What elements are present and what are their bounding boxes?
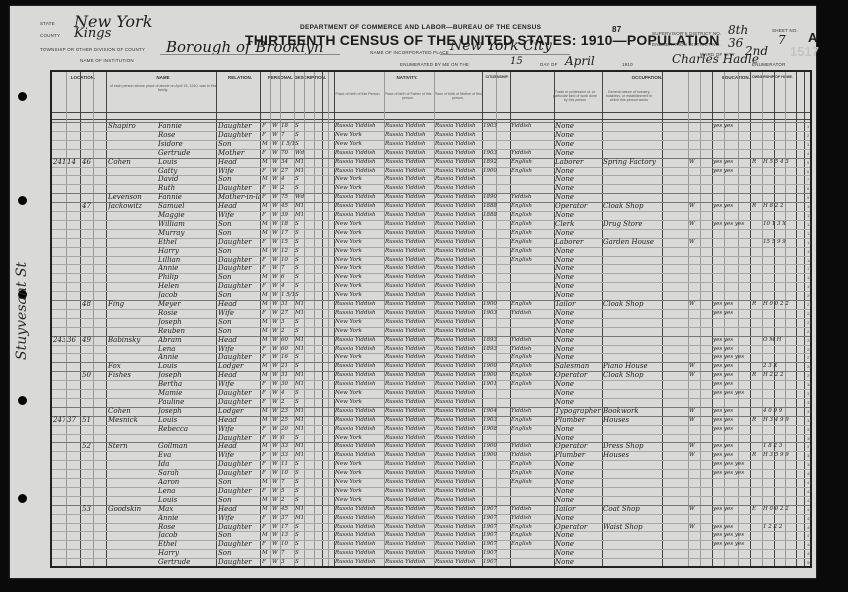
language-cell: English xyxy=(511,478,555,487)
language-cell: Yiddish xyxy=(511,442,555,451)
relation-cell: Son xyxy=(218,291,260,300)
sex-cell: F xyxy=(262,309,270,318)
education-cell: yes yes yes xyxy=(713,389,751,398)
education-cell: yes yes xyxy=(713,416,751,425)
education-cell: yes yes xyxy=(713,371,751,380)
language-cell: English xyxy=(511,531,555,540)
father-birthplace-cell: Russia Yiddish xyxy=(385,282,435,291)
relation-cell: Wife xyxy=(218,451,260,460)
immigration-year-cell: 1888 xyxy=(483,211,497,220)
relation-cell: Daughter xyxy=(218,460,260,469)
punch-hole xyxy=(18,92,27,101)
table-row: DavidSonMW4SNew YorkRussia YiddishRussia… xyxy=(52,175,810,184)
birthplace-cell: New York xyxy=(335,247,385,256)
table-row: FoxLouisLodgerMW21SRussia YiddishRussia … xyxy=(52,362,810,371)
table-row: GattyWifeFW27M1Russia YiddishRussia Yidd… xyxy=(52,167,810,176)
race-cell: W xyxy=(272,469,280,478)
father-birthplace-cell: Russia Yiddish xyxy=(385,549,435,558)
occupation-cell: Tailor xyxy=(555,300,603,309)
relation-cell: Head xyxy=(218,300,260,309)
race-cell: W xyxy=(272,505,280,514)
father-birthplace-cell: Russia Yiddish xyxy=(385,487,435,496)
birthplace-cell: Russia Yiddish xyxy=(335,540,385,549)
relation-cell: Daughter xyxy=(218,469,260,478)
marital-status-cell: M1 xyxy=(295,505,305,514)
table-row: RoseDaughterFW7SNew YorkRussia YiddishRu… xyxy=(52,131,810,140)
supervisor-district-label: Supervisor's District No. xyxy=(652,31,721,36)
sex-cell: M xyxy=(262,336,270,345)
given-name-cell: Joseph xyxy=(158,318,214,327)
mother-birthplace-cell: Russia Yiddish xyxy=(435,514,483,523)
birthplace-cell: New York xyxy=(335,398,385,407)
language-cell: English xyxy=(511,353,555,362)
birthplace-cell: Russia Yiddish xyxy=(335,362,385,371)
line-number: 19 xyxy=(807,284,811,289)
age-cell: 17 xyxy=(281,229,295,238)
language-cell: English xyxy=(511,158,555,167)
sex-cell: F xyxy=(262,487,270,496)
home-details-cell: H 2 2 2 xyxy=(763,371,805,380)
relation-cell: Son xyxy=(218,478,260,487)
relation-cell: Head xyxy=(218,416,260,425)
mother-birthplace-cell: Russia Yiddish xyxy=(435,371,483,380)
immigration-year-cell: 1907 xyxy=(483,505,497,514)
line-number: 14 xyxy=(807,240,811,245)
sex-cell: M xyxy=(262,531,270,540)
given-name-cell: Louis xyxy=(158,362,214,371)
race-cell: W xyxy=(272,389,280,398)
marital-status-cell: Wd xyxy=(295,149,305,158)
age-cell: 33 xyxy=(281,442,295,451)
line-number: 42 xyxy=(807,489,811,494)
sex-cell: M xyxy=(262,478,270,487)
table-row: HelenDaughterFW4SNew YorkRussia YiddishR… xyxy=(52,282,810,291)
table-row: LouisSonMW2SNew YorkRussia YiddishRussia… xyxy=(52,496,810,505)
relation-cell: Daughter xyxy=(218,398,260,407)
enumeration-district-label: Enumeration District No. xyxy=(652,42,721,47)
race-cell: W xyxy=(272,442,280,451)
language-cell: English xyxy=(511,238,555,247)
marital-status-cell: M1 xyxy=(295,514,305,523)
education-cell: yes yes xyxy=(713,309,751,318)
occupation-cell: None xyxy=(555,380,603,389)
group-citizenship: CITIZENSHIP. xyxy=(484,75,510,79)
relation-cell: Daughter xyxy=(218,184,260,193)
sex-cell: F xyxy=(262,256,270,265)
given-name-cell: Joseph xyxy=(158,371,214,380)
birthplace-cell: Russia Yiddish xyxy=(335,425,385,434)
education-cell: yes yes xyxy=(713,380,751,389)
table-row: LenaWifeFW60M1Russia YiddishRussia Yiddi… xyxy=(52,345,810,354)
marital-status-cell: S xyxy=(295,264,305,273)
marital-status-cell: S xyxy=(295,496,305,505)
occupation-cell: Plumber xyxy=(555,451,603,460)
sex-cell: F xyxy=(262,460,270,469)
mother-birthplace-cell: Russia Yiddish xyxy=(435,487,483,496)
occupation-cell: None xyxy=(555,514,603,523)
age-cell: 70 xyxy=(281,149,295,158)
given-name-cell: Gatty xyxy=(158,167,214,176)
father-birthplace-cell: Russia Yiddish xyxy=(385,229,435,238)
birthplace-cell: Russia Yiddish xyxy=(335,158,385,167)
industry-cell: Houses xyxy=(603,416,661,425)
sex-cell: F xyxy=(262,167,270,176)
sex-cell: M xyxy=(262,496,270,505)
line-number: 22 xyxy=(807,311,811,316)
line-number: 11 xyxy=(807,213,811,218)
marital-status-cell: M1 xyxy=(295,211,305,220)
visitation-number-cell: 50 xyxy=(82,371,104,380)
mother-birthplace-cell: Russia Yiddish xyxy=(435,318,483,327)
surname-cell: Cohen xyxy=(108,158,158,167)
sex-cell: M xyxy=(262,220,270,229)
home-details-cell: H 0 0 2 2 xyxy=(763,300,805,309)
birthplace-cell: New York xyxy=(335,291,385,300)
industry-cell: Cloak Shop xyxy=(603,300,661,309)
table-row: RosieWifeFW27M1Russia YiddishRussia Yidd… xyxy=(52,309,810,318)
immigration-year-cell: 1907 xyxy=(483,549,497,558)
age-cell: 2 xyxy=(281,398,295,407)
table-row: SarahDaughterFW10SNew YorkRussia Yiddish… xyxy=(52,469,810,478)
surname-cell: Levenson xyxy=(108,193,158,202)
immigration-year-cell: 1903 xyxy=(483,309,497,318)
relation-cell: Daughter xyxy=(218,487,260,496)
occupation-cell: None xyxy=(555,273,603,282)
occupation-cell: Operator xyxy=(555,442,603,451)
father-birthplace-cell: Russia Yiddish xyxy=(385,505,435,514)
township-label: Township or other division of county xyxy=(40,47,145,52)
marital-status-cell: S xyxy=(295,122,305,131)
given-name-cell: Ethel xyxy=(158,238,214,247)
relation-cell: Son xyxy=(218,220,260,229)
industry-cell: Coat Shop xyxy=(603,505,661,514)
table-row: JosephSonMW3SNew YorkRussia YiddishRussi… xyxy=(52,318,810,327)
mother-birthplace-cell: Russia Yiddish xyxy=(435,238,483,247)
father-birthplace-cell: Russia Yiddish xyxy=(385,460,435,469)
language-cell: English xyxy=(511,362,555,371)
race-cell: W xyxy=(272,398,280,407)
father-birthplace-cell: Russia Yiddish xyxy=(385,380,435,389)
marital-status-cell: S xyxy=(295,229,305,238)
race-cell: W xyxy=(272,407,280,416)
immigration-year-cell: 1890 xyxy=(483,193,497,202)
mother-birthplace-cell: Russia Yiddish xyxy=(435,398,483,407)
birthplace-cell: Russia Yiddish xyxy=(335,514,385,523)
sex-cell: F xyxy=(262,540,270,549)
surname-cell: Jackowitz xyxy=(108,202,158,211)
line-number: 8 xyxy=(807,186,809,191)
immigration-year-cell: 1907 xyxy=(483,514,497,523)
age-cell: 18 xyxy=(281,220,295,229)
relation-cell: Son xyxy=(218,327,260,336)
language-cell: English xyxy=(511,211,555,220)
marital-status-cell: M1 xyxy=(295,416,305,425)
language-cell: English xyxy=(511,540,555,549)
given-name-cell: Louis xyxy=(158,496,214,505)
occupation-cell: None xyxy=(555,149,603,158)
group-relation: RELATION. xyxy=(218,75,262,80)
race-cell: W xyxy=(272,273,280,282)
county-value: Kings xyxy=(74,26,111,41)
line-number: 9 xyxy=(807,195,809,200)
mother-birthplace-cell: Russia Yiddish xyxy=(435,523,483,532)
occupation-cell: None xyxy=(555,345,603,354)
education-cell: yes yes xyxy=(713,336,751,345)
birthplace-cell: New York xyxy=(335,318,385,327)
mother-birthplace-cell: Russia Yiddish xyxy=(435,460,483,469)
relation-cell: Wife xyxy=(218,380,260,389)
language-cell: English xyxy=(511,469,555,478)
relation-cell: Wife xyxy=(218,425,260,434)
education-cell: yes yes xyxy=(713,122,751,131)
employment-class-cell: W xyxy=(689,371,699,380)
language-cell: Yiddish xyxy=(511,451,555,460)
occupation-cell: Laborer xyxy=(555,238,603,247)
surname-cell: Fing xyxy=(108,300,158,309)
occupation-cell: None xyxy=(555,327,603,336)
sex-cell: F xyxy=(262,434,270,443)
father-birthplace-cell: Russia Yiddish xyxy=(385,353,435,362)
sex-cell: M xyxy=(262,318,270,327)
line-number: 16 xyxy=(807,258,811,263)
occupation-cell: None xyxy=(555,558,603,567)
father-birthplace-cell: Russia Yiddish xyxy=(385,158,435,167)
given-name-cell: Samuel xyxy=(158,202,214,211)
employment-class-cell: W xyxy=(689,407,699,416)
given-name-cell: Reuben xyxy=(158,327,214,336)
language-cell: Yiddish xyxy=(511,336,555,345)
sex-cell: F xyxy=(262,398,270,407)
occupation-cell: Clerk xyxy=(555,220,603,229)
birthplace-cell: Russia Yiddish xyxy=(335,549,385,558)
relation-cell: Mother-in-law xyxy=(218,193,260,202)
mother-birthplace-cell: Russia Yiddish xyxy=(435,434,483,443)
family-number-cell: 37 xyxy=(67,416,79,425)
line-number: 6 xyxy=(807,169,809,174)
mother-birthplace-cell: Russia Yiddish xyxy=(435,229,483,238)
birthplace-cell: Russia Yiddish xyxy=(335,300,385,309)
marital-status-cell: M1 xyxy=(295,300,305,309)
enumerated-month: April xyxy=(565,54,595,68)
line-number: 40 xyxy=(807,471,811,476)
birthplace-cell: Russia Yiddish xyxy=(335,167,385,176)
sex-cell: F xyxy=(262,353,270,362)
age-cell: 34 xyxy=(281,158,295,167)
table-row: BerthaWifeFW30M1Russia YiddishRussia Yid… xyxy=(52,380,810,389)
line-number: 28 xyxy=(807,364,811,369)
mother-birthplace-cell: Russia Yiddish xyxy=(435,345,483,354)
age-cell: 37 xyxy=(281,514,295,523)
given-name-cell: Ruth xyxy=(158,184,214,193)
relation-cell: Son xyxy=(218,273,260,282)
line-number: 49 xyxy=(807,551,811,556)
immigration-year-cell: 1904 xyxy=(483,407,497,416)
industry-cell: Drug Store xyxy=(603,220,661,229)
given-name-cell: Jacob xyxy=(158,291,214,300)
nativity-mother: Place of birth of Mother of this person. xyxy=(434,92,482,100)
age-cell: 20 xyxy=(281,425,295,434)
given-name-cell: Isidore xyxy=(158,140,214,149)
occupation-cell: Tailor xyxy=(555,505,603,514)
language-cell: English xyxy=(511,256,555,265)
sheet-no-value: 7 xyxy=(778,33,786,47)
line-number: 23 xyxy=(807,320,811,325)
table-row: 2473751MesnickLouisHeadMW25M1Russia Yidd… xyxy=(52,416,810,425)
line-number: 1 xyxy=(807,124,809,129)
line-number: 7 xyxy=(807,177,809,182)
birthplace-cell: New York xyxy=(335,140,385,149)
sex-cell: M xyxy=(262,371,270,380)
surname-cell: Babinsky xyxy=(108,336,158,345)
employment-class-cell: W xyxy=(689,300,699,309)
occupation-cell: None xyxy=(555,540,603,549)
immigration-year-cell: 1893 xyxy=(483,336,497,345)
employment-class-cell: W xyxy=(689,220,699,229)
immigration-year-cell: 1900 xyxy=(483,300,497,309)
table-row: 50FishesJosephHeadMW31M1Russia YiddishRu… xyxy=(52,371,810,380)
relation-cell: Son xyxy=(218,247,260,256)
given-name-cell: Murray xyxy=(158,229,214,238)
name-description: of each person whose place of abode on A… xyxy=(108,84,218,92)
mother-birthplace-cell: Russia Yiddish xyxy=(435,469,483,478)
occupation-cell: None xyxy=(555,469,603,478)
given-name-cell: Annie xyxy=(158,353,214,362)
father-birthplace-cell: Russia Yiddish xyxy=(385,345,435,354)
age-cell: 31 xyxy=(281,371,295,380)
race-cell: W xyxy=(272,327,280,336)
table-row: PaulineDaughterFW2SNew YorkRussia Yiddis… xyxy=(52,398,810,407)
sex-cell: M xyxy=(262,273,270,282)
race-cell: W xyxy=(272,318,280,327)
birthplace-cell: New York xyxy=(335,256,385,265)
language-cell: English xyxy=(511,229,555,238)
relation-cell: Son xyxy=(218,531,260,540)
birthplace-cell: New York xyxy=(335,353,385,362)
age-cell: 11 xyxy=(281,460,295,469)
birthplace-cell: Russia Yiddish xyxy=(335,193,385,202)
line-number: 39 xyxy=(807,462,811,467)
age-cell: 13 xyxy=(281,531,295,540)
occupation-cell: None xyxy=(555,487,603,496)
mother-birthplace-cell: Russia Yiddish xyxy=(435,175,483,184)
home-details-cell: O M H xyxy=(763,336,805,345)
birthplace-cell: Russia Yiddish xyxy=(335,371,385,380)
industry-cell: Cloak Shop xyxy=(603,371,661,380)
marital-status-cell: S xyxy=(295,220,305,229)
sex-cell: F xyxy=(262,184,270,193)
race-cell: W xyxy=(272,460,280,469)
institution-label: Name of institution xyxy=(80,58,134,63)
marital-status-cell: S xyxy=(295,460,305,469)
surname-cell: Cohen xyxy=(108,407,158,416)
father-birthplace-cell: Russia Yiddish xyxy=(385,264,435,273)
mother-birthplace-cell: Russia Yiddish xyxy=(435,122,483,131)
race-cell: W xyxy=(272,380,280,389)
given-name-cell: Louis xyxy=(158,416,214,425)
home-owned-cell: R xyxy=(752,371,762,380)
sex-cell: F xyxy=(262,131,270,140)
relation-cell: Daughter xyxy=(218,434,260,443)
page-number: 87 xyxy=(612,25,622,34)
marital-status-cell: M1 xyxy=(295,380,305,389)
age-cell: 45 xyxy=(281,505,295,514)
occupation-cell: None xyxy=(555,398,603,407)
immigration-year-cell: 1908 xyxy=(483,425,497,434)
marital-status-cell: S xyxy=(295,238,305,247)
education-cell: yes yes xyxy=(713,362,751,371)
dwelling-number-cell: 243 xyxy=(53,336,65,345)
relation-cell: Daughter xyxy=(218,264,260,273)
language-cell: Yiddish xyxy=(511,345,555,354)
line-number: 29 xyxy=(807,373,811,378)
line-number: 13 xyxy=(807,231,811,236)
occupation-cell: None xyxy=(555,318,603,327)
mother-birthplace-cell: Russia Yiddish xyxy=(435,211,483,220)
age-cell: 7 xyxy=(281,131,295,140)
age-cell: 45 xyxy=(281,202,295,211)
relation-cell: Head xyxy=(218,158,260,167)
race-cell: W xyxy=(272,514,280,523)
mother-birthplace-cell: Russia Yiddish xyxy=(435,193,483,202)
marital-status-cell: S xyxy=(295,256,305,265)
marital-status-cell: S xyxy=(295,558,305,567)
language-cell: English xyxy=(511,220,555,229)
sex-cell: M xyxy=(262,300,270,309)
race-cell: W xyxy=(272,291,280,300)
mother-birthplace-cell: Russia Yiddish xyxy=(435,140,483,149)
race-cell: W xyxy=(272,211,280,220)
enumerated-label: Enumerated by me on the xyxy=(400,62,469,67)
visitation-number-cell: 53 xyxy=(82,505,104,514)
father-birthplace-cell: Russia Yiddish xyxy=(385,478,435,487)
occupation-cell: None xyxy=(555,184,603,193)
given-name-cell: Lillian xyxy=(158,256,214,265)
father-birthplace-cell: Russia Yiddish xyxy=(385,442,435,451)
language-cell: English xyxy=(511,460,555,469)
education-cell: yes yes yes xyxy=(713,460,751,469)
age-cell: 4 xyxy=(281,389,295,398)
sex-cell: F xyxy=(262,523,270,532)
industry-cell: Bookwork xyxy=(603,407,661,416)
marital-status-cell: S xyxy=(295,398,305,407)
census-table: LOCATION. NAME of each person whose plac… xyxy=(50,70,812,568)
marital-status-cell: M1 xyxy=(295,442,305,451)
race-cell: W xyxy=(272,238,280,247)
home-details-cell: H 8 2 2 xyxy=(763,202,805,211)
father-birthplace-cell: Russia Yiddish xyxy=(385,407,435,416)
age-cell: 27 xyxy=(281,167,295,176)
line-number: 18 xyxy=(807,275,811,280)
father-birthplace-cell: Russia Yiddish xyxy=(385,211,435,220)
immigration-year-cell: 1903 xyxy=(483,149,497,158)
given-name-cell: Meyer xyxy=(158,300,214,309)
sex-cell: F xyxy=(262,238,270,247)
marital-status-cell: M1 xyxy=(295,158,305,167)
home-details-cell: H 5 5 4 3 xyxy=(763,158,805,167)
sex-cell: M xyxy=(262,505,270,514)
home-details-cell: 4 0 9 9 xyxy=(763,407,805,416)
race-cell: W xyxy=(272,478,280,487)
mother-birthplace-cell: Russia Yiddish xyxy=(435,158,483,167)
supervisor-district-value: 8th xyxy=(728,23,748,37)
mother-birthplace-cell: Russia Yiddish xyxy=(435,220,483,229)
table-row: RoseDaughterFW17SRussia YiddishRussia Yi… xyxy=(52,523,810,532)
given-name-cell: Gollman xyxy=(158,442,214,451)
age-cell: 4 xyxy=(281,282,295,291)
age-cell: 2 xyxy=(281,327,295,336)
margin-street-note: Stuyvesant St xyxy=(14,262,30,360)
occupation-cell: None xyxy=(555,256,603,265)
